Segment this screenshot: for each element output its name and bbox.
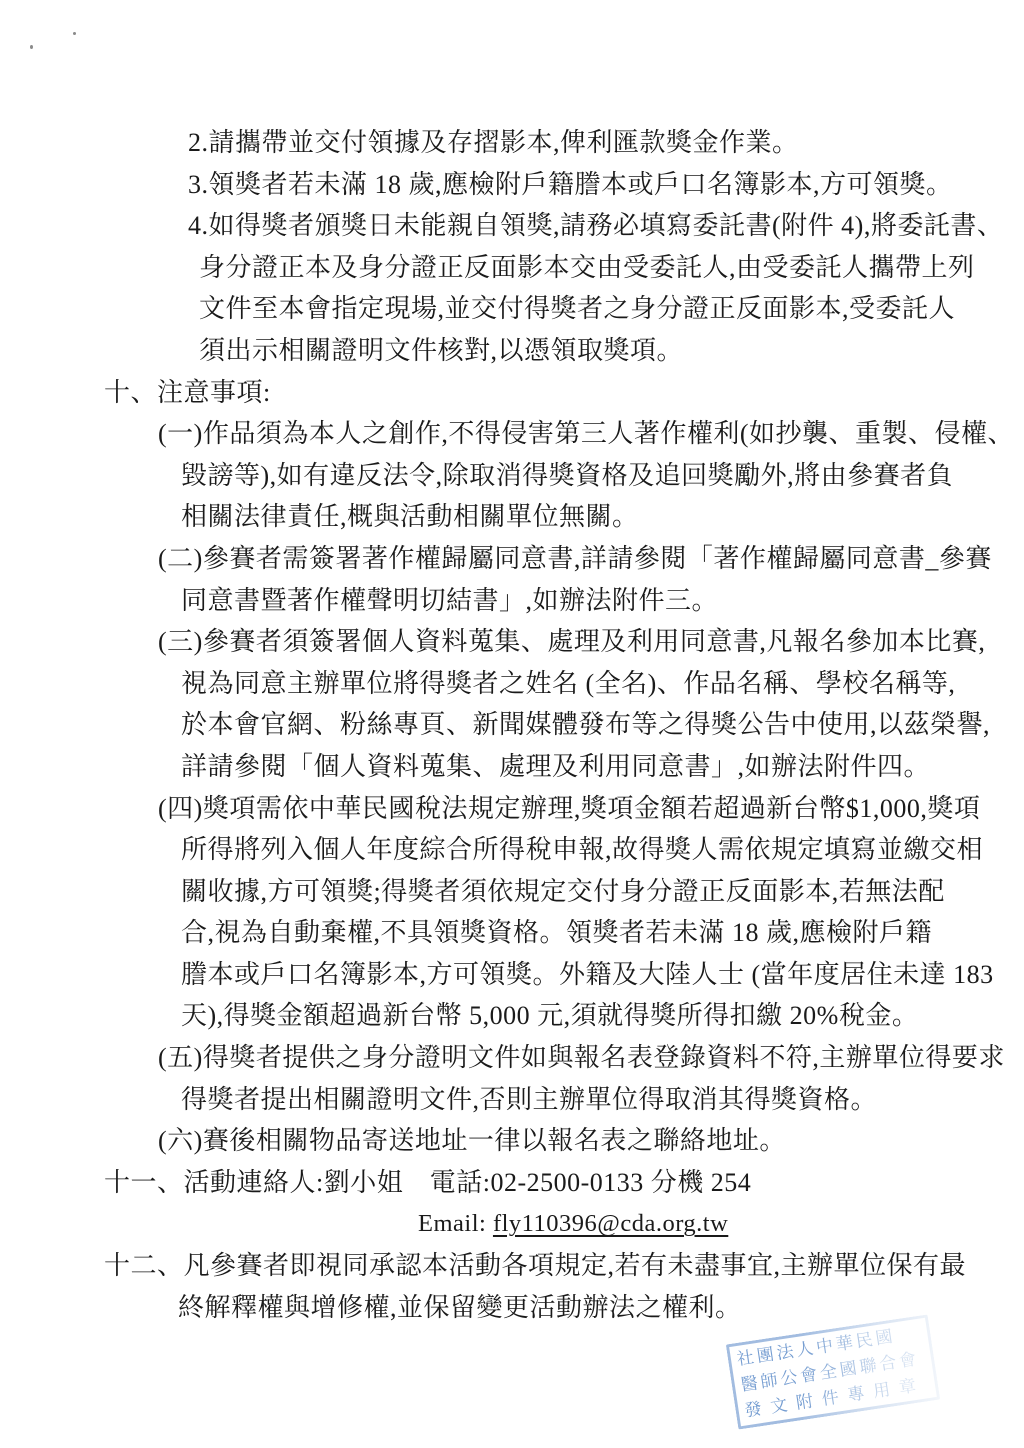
- doc-line: (五)得獎者提供之身分證明文件如與報名表登錄資料不符,主辦單位得要求: [158, 1037, 1024, 1079]
- doc-line: 身分證正本及身分證正反面影本交由受委託人,由受委託人攜帶上列: [199, 247, 1024, 289]
- doc-line: 合,視為自動棄權,不具領獎資格。領獎者若未滿 18 歲,應檢附戶籍: [181, 912, 1024, 954]
- doc-line: 十二、凡參賽者即視同承認本活動各項規定,若有未盡事宜,主辦單位保有最: [104, 1245, 1024, 1287]
- org-stamp: 社團法人中華民國 醫師公會全國聯合會 發文附件專用章: [726, 1314, 940, 1429]
- contact-line: 十一、活動連絡人:劉小姐 電話:02-2500-0133 分機 254: [104, 1162, 1024, 1204]
- doc-line: 3.領獎者若未滿 18 歲,應檢附戶籍謄本或戶口名簿影本,方可領獎。: [188, 164, 1024, 206]
- doc-line: (六)賽後相關物品寄送地址一律以報名表之聯絡地址。: [158, 1120, 1024, 1162]
- doc-line: 相關法律責任,概與活動相關單位無關。: [181, 496, 1024, 538]
- doc-line: 於本會官網、粉絲專頁、新聞媒體發布等之得獎公告中使用,以茲榮譽,: [181, 704, 1024, 746]
- scan-speck: [73, 32, 76, 35]
- doc-line: 所得將列入個人年度綜合所得稅申報,故得獎人需依規定填寫並繳交相: [181, 829, 1024, 871]
- document-body: 2.請攜帶並交付領據及存摺影本,俾利匯款獎金作業。 3.領獎者若未滿 18 歲,…: [0, 122, 1024, 1328]
- doc-line: 文件至本會指定現場,並交付得獎者之身分證正反面影本,受委託人: [199, 288, 1024, 330]
- doc-line: 天),得獎金額超過新台幣 5,000 元,須就得獎所得扣繳 20%稅金。: [181, 995, 1024, 1037]
- email-label: Email:: [418, 1210, 493, 1237]
- scan-speck: [30, 45, 33, 49]
- doc-line: 詳請參閱「個人資料蒐集、處理及利用同意書」,如辦法附件四。: [181, 746, 1024, 788]
- doc-line: 視為同意主辦單位將得獎者之姓名 (全名)、作品名稱、學校名稱等,: [181, 663, 1024, 705]
- doc-line: 同意書暨著作權聲明切結書」,如辦法附件三。: [181, 580, 1024, 622]
- doc-line: (二)參賽者需簽署著作權歸屬同意書,詳請參閱「著作權歸屬同意書_參賽: [158, 538, 1024, 580]
- doc-line: 須出示相關證明文件核對,以憑領取獎項。: [199, 330, 1024, 372]
- email-line: Email: fly110396@cda.org.tw: [418, 1203, 1024, 1245]
- doc-line: 謄本或戶口名簿影本,方可領獎。外籍及大陸人士 (當年度居住未達 183: [181, 954, 1024, 996]
- doc-line: 2.請攜帶並交付領據及存摺影本,俾利匯款獎金作業。: [188, 122, 1024, 164]
- doc-line: 關收據,方可領獎;得獎者須依規定交付身分證正反面影本,若無法配: [181, 871, 1024, 913]
- email-address: fly110396@cda.org.tw: [493, 1210, 728, 1237]
- doc-line: (三)參賽者須簽署個人資料蒐集、處理及利用同意書,凡報名參加本比賽,: [158, 621, 1024, 663]
- section-heading-notes: 十、注意事項:: [104, 372, 1024, 414]
- doc-line: 得獎者提出相關證明文件,否則主辦單位得取消其得獎資格。: [181, 1079, 1024, 1121]
- doc-line: 4.如得獎者頒獎日未能親自領獎,請務必填寫委託書(附件 4),將委託書、: [188, 205, 1024, 247]
- doc-line: 毀謗等),如有違反法令,除取消得獎資格及追回獎勵外,將由參賽者負: [181, 455, 1024, 497]
- doc-line: (一)作品須為本人之創作,不得侵害第三人著作權利(如抄襲、重製、侵權、: [158, 413, 1024, 455]
- scanned-page: { "page": { "background": "#ffffff", "te…: [0, 0, 1024, 1448]
- doc-line: (四)獎項需依中華民國稅法規定辦理,獎項金額若超過新台幣$1,000,獎項: [158, 788, 1024, 830]
